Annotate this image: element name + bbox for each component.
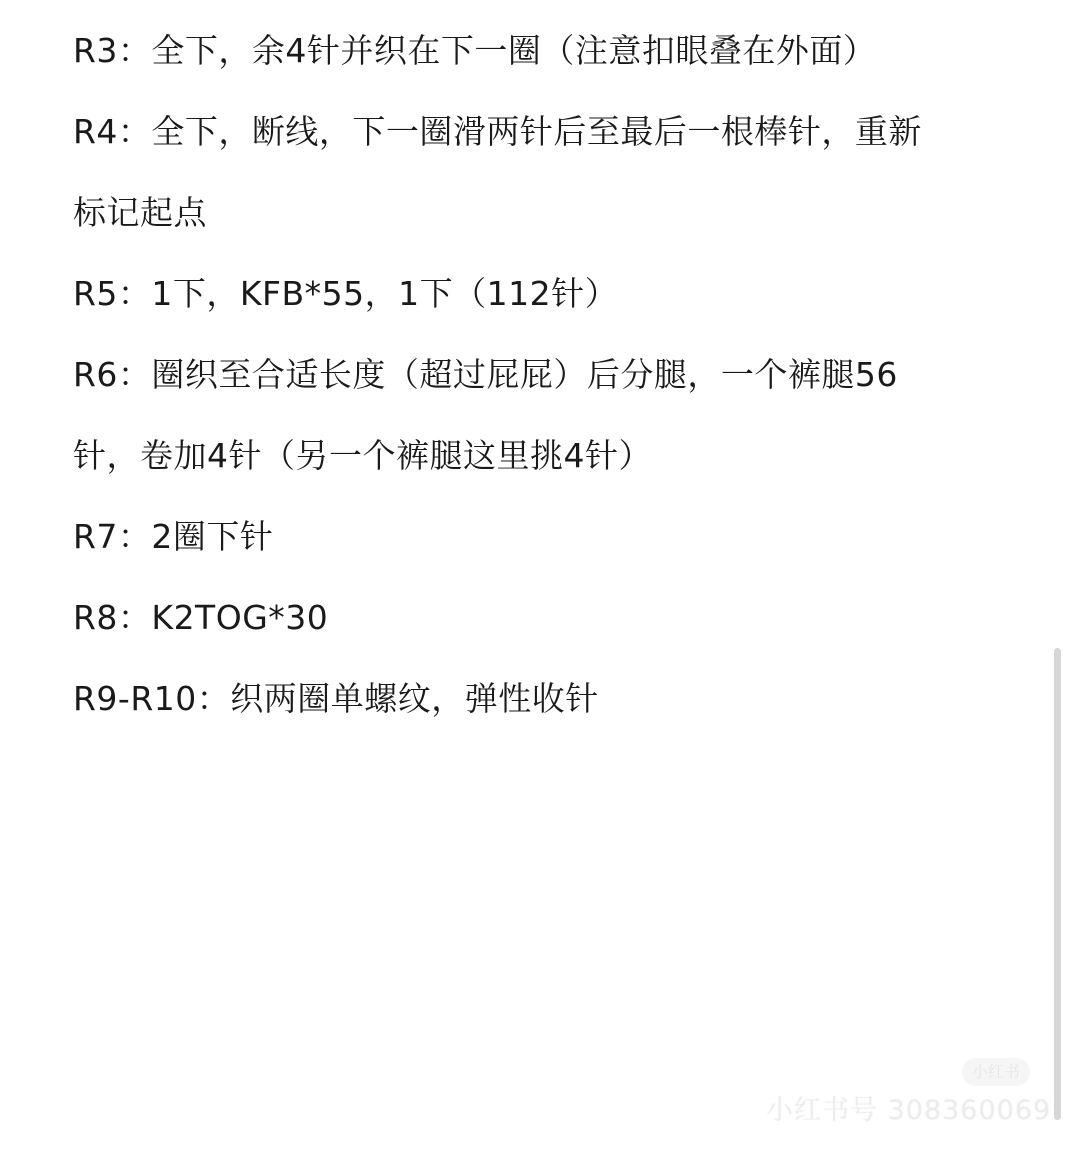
row-r8-text: R8：K2TOG*30 — [73, 577, 993, 658]
row-r6-text: R6：圈织至合适长度（超过屁屁）后分腿，一个裤腿56 — [73, 334, 993, 415]
row-r7-text: R7：2圈下针 — [73, 496, 993, 577]
vertical-scrollbar[interactable] — [1054, 648, 1061, 1120]
row-r3-text: R3：全下，余4针并织在下一圈（注意扣眼叠在外面） — [73, 10, 993, 91]
pattern-document: R3：全下，余4针并织在下一圈（注意扣眼叠在外面） R4：全下，断线，下一圈滑两… — [73, 10, 993, 739]
watermark-logo-badge: 小红书 — [962, 1058, 1030, 1086]
row-r9-r10-text: R9-R10：织两圈单螺纹，弹性收针 — [73, 658, 993, 739]
row-r4-text: R4：全下，断线，下一圈滑两针后至最后一根棒针，重新 — [73, 91, 993, 172]
row-r6-text-continued: 针，卷加4针（另一个裤腿这里挑4针） — [73, 415, 993, 496]
watermark-text: 小红书号 308360069 — [766, 1088, 1051, 1127]
row-r5-text: R5：1下，KFB*55，1下（112针） — [73, 253, 993, 334]
row-r4-text-continued: 标记起点 — [73, 172, 993, 253]
